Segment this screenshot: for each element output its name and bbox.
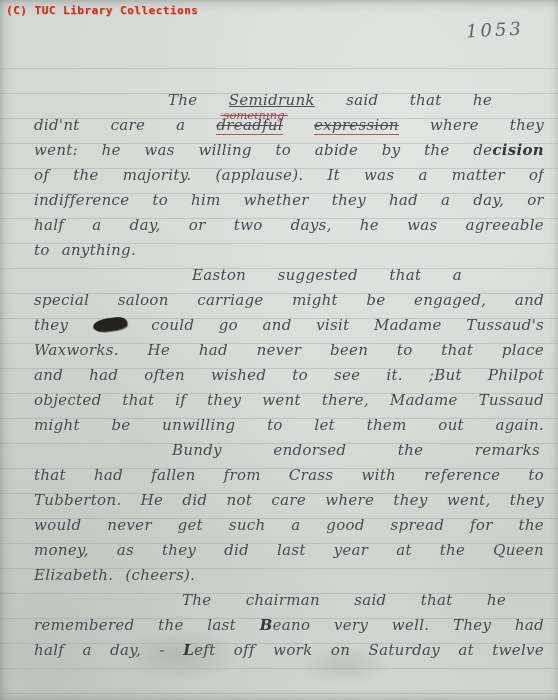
manuscript-line: half a day, or two days, he was agreeabl…: [34, 213, 544, 238]
handwritten-text: where they: [399, 116, 544, 134]
handwritten-text: Elizabeth. (cheers).: [34, 566, 195, 584]
handwritten-text: could go and visit Madame Tussaud's: [127, 316, 544, 334]
handwritten-text: half a day, or two days, he was agreeabl…: [34, 216, 544, 234]
struck-word: expression: [314, 116, 399, 135]
red-insertion: 'something': [220, 113, 287, 128]
handwritten-text: Bundy endorsed the remarks: [172, 441, 540, 459]
manuscript-line: Easton suggested that a: [34, 263, 544, 288]
manuscript-line: special saloon carriage might be engaged…: [34, 288, 544, 313]
manuscript-line: would never get such a good spread for t…: [34, 513, 544, 538]
manuscript-line: Tubberton. He did not care where they we…: [34, 488, 544, 513]
ink-blot: [92, 316, 127, 333]
handwritten-text: Waxworks. He had never been to that plac…: [34, 341, 544, 359]
manuscript-line: money, as they did last year at the Quee…: [34, 538, 544, 563]
manuscript-line: they could go and visit Madame Tussaud's: [34, 313, 544, 338]
manuscript-line: and had often wished to see it. ;But Phi…: [34, 363, 544, 388]
handwritten-text: The: [168, 91, 229, 109]
handwritten-text: said that he: [315, 91, 492, 109]
manuscript-line: went: he was willing to abide by the dec…: [34, 138, 544, 163]
underlined-word: Semidrunk: [229, 91, 315, 109]
overwritten-word: L: [183, 641, 194, 659]
manuscript-line: half a day, - Left off work on Saturday …: [34, 638, 544, 663]
handwritten-text: eano very well. They had: [273, 616, 544, 634]
manuscript-line: remembered the last Beano very well. The…: [34, 613, 544, 638]
manuscript-line: Waxworks. He had never been to that plac…: [34, 338, 544, 363]
manuscript-text: The Semidrunk said that hedid'nt care a …: [34, 88, 544, 663]
manuscript-line: to anything.: [34, 238, 544, 263]
handwritten-text: to anything.: [34, 241, 136, 259]
manuscript-line: indifference to him whether they had a d…: [34, 188, 544, 213]
manuscript-line: did'nt care a dreadful'something' expres…: [34, 113, 544, 138]
overwritten-word: B: [260, 616, 273, 634]
handwritten-text: they: [34, 316, 93, 334]
handwritten-text: money, as they did last year at the Quee…: [34, 541, 544, 559]
manuscript-line: The Semidrunk said that he: [34, 88, 544, 113]
handwritten-text: and had often wished to see it. ;But Phi…: [34, 366, 544, 384]
handwritten-text: did'nt care a: [34, 116, 216, 134]
handwritten-text: might be unwilling to let them out again…: [34, 416, 544, 434]
manuscript-line: that had fallen from Crass with referenc…: [34, 463, 544, 488]
handwritten-text: remembered the last: [34, 616, 260, 634]
watermark-label: (C) TUC Library Collections: [6, 4, 198, 17]
handwritten-text: that had fallen from Crass with referenc…: [34, 466, 544, 484]
handwritten-text: special saloon carriage might be engaged…: [34, 291, 544, 309]
manuscript-line: Bundy endorsed the remarks: [34, 438, 544, 463]
handwritten-text: objected that if they went there, Madame…: [34, 391, 544, 409]
handwritten-text: of the majority. (applause). It was a ma…: [34, 166, 544, 184]
overwritten-word: cision: [492, 141, 544, 159]
manuscript-line: might be unwilling to let them out again…: [34, 413, 544, 438]
manuscript-line: of the majority. (applause). It was a ma…: [34, 163, 544, 188]
manuscript-page: (C) TUC Library Collections 1053 The Sem…: [0, 0, 558, 700]
handwritten-text: indifference to him whether they had a d…: [34, 191, 544, 209]
handwritten-text: eft off work on Saturday at twelve: [194, 641, 544, 659]
manuscript-line: Elizabeth. (cheers).: [34, 563, 544, 588]
handwritten-text: would never get such a good spread for t…: [34, 516, 544, 534]
struck-word: dreadful'something': [216, 116, 283, 135]
page-number: 1053: [465, 19, 524, 43]
handwritten-text: went: he was willing to abide by the de: [34, 141, 492, 159]
manuscript-line: The chairman said that he: [34, 588, 544, 613]
handwritten-text: Tubberton. He did not care where they we…: [34, 491, 544, 509]
handwritten-text: Easton suggested that a: [192, 266, 462, 284]
handwritten-text: half a day, -: [34, 641, 183, 659]
handwritten-text: The chairman said that he: [182, 591, 506, 609]
manuscript-line: objected that if they went there, Madame…: [34, 388, 544, 413]
